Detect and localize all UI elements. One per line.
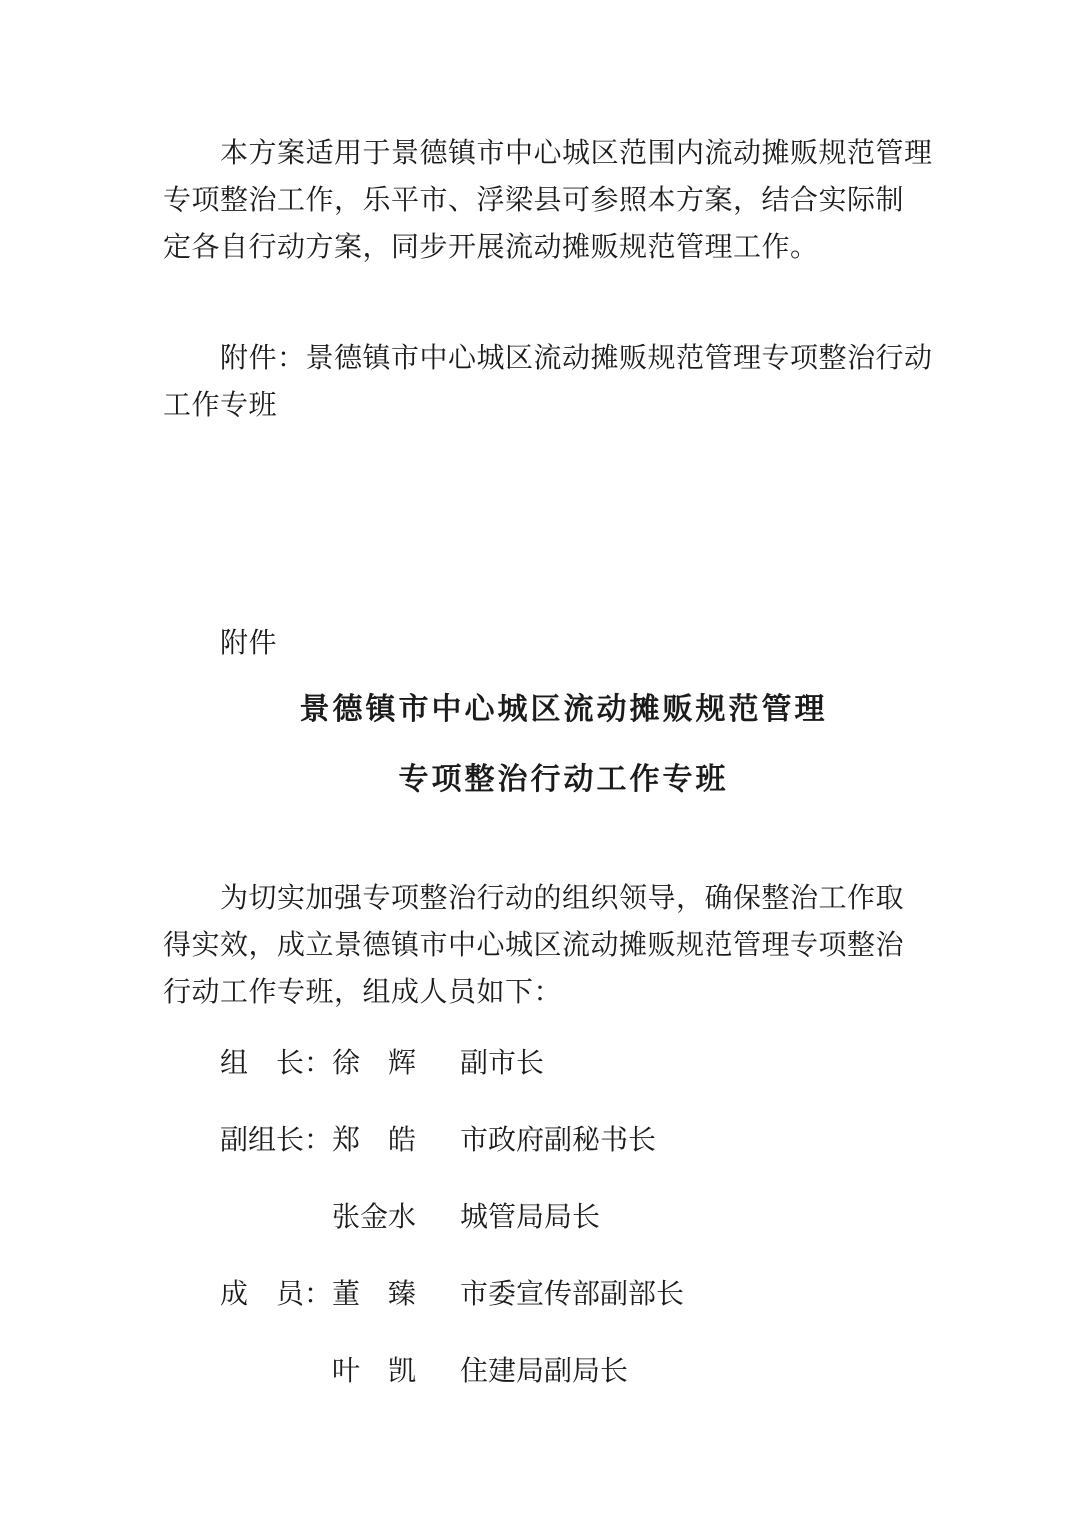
roster-row: 张金水 城管局局长	[220, 1194, 964, 1241]
intro-paragraph: 本方案适用于景德镇市中心城区范围内流动摊贩规范管理 专项整治工作，乐平市、浮梁县…	[163, 130, 964, 271]
document-page: 本方案适用于景德镇市中心城区范围内流动摊贩规范管理 专项整治工作，乐平市、浮梁县…	[0, 0, 1074, 1520]
roster-role: 市委宣传部副部长	[460, 1271, 684, 1318]
roster-label	[220, 1194, 332, 1241]
roster-role: 市政府副秘书长	[460, 1117, 656, 1164]
roster-name: 张金水	[332, 1194, 460, 1241]
setup-paragraph: 为切实加强专项整治行动的组织领导，确保整治工作取 得实效，成立景德镇市中心城区流…	[163, 875, 964, 1016]
roster-name: 郑 皓	[332, 1117, 460, 1164]
roster-name: 叶 凯	[332, 1348, 460, 1395]
document-title-line-1: 景德镇市中心城区流动摊贩规范管理	[163, 685, 964, 735]
document-content: 本方案适用于景德镇市中心城区范围内流动摊贩规范管理 专项整治工作，乐平市、浮梁县…	[0, 0, 1074, 1395]
attachment-reference-line: 工作专班	[163, 382, 964, 429]
intro-paragraph-line: 定各自行动方案，同步开展流动摊贩规范管理工作。	[163, 224, 964, 271]
roster-list: 组 长： 徐 辉 副市长 副组长： 郑 皓 市政府副秘书长 张金水 城管局局长 …	[163, 1040, 964, 1395]
roster-role: 副市长	[460, 1040, 544, 1087]
setup-paragraph-line: 行动工作专班，组成人员如下：	[163, 969, 964, 1016]
setup-paragraph-line: 得实效，成立景德镇市中心城区流动摊贩规范管理专项整治	[163, 922, 964, 969]
intro-paragraph-line: 本方案适用于景德镇市中心城区范围内流动摊贩规范管理	[163, 130, 964, 177]
document-title-line-2: 专项整治行动工作专班	[163, 755, 964, 805]
attachment-label: 附件	[163, 620, 964, 667]
roster-label: 成 员：	[220, 1271, 332, 1318]
roster-role: 城管局局长	[460, 1194, 600, 1241]
roster-role: 住建局副局长	[460, 1348, 628, 1395]
roster-row: 叶 凯 住建局副局长	[220, 1348, 964, 1395]
roster-label: 组 长：	[220, 1040, 332, 1087]
roster-label: 副组长：	[220, 1117, 332, 1164]
roster-row: 副组长： 郑 皓 市政府副秘书长	[220, 1117, 964, 1164]
roster-label	[220, 1348, 332, 1395]
roster-name: 董 臻	[332, 1271, 460, 1318]
roster-row: 成 员： 董 臻 市委宣传部副部长	[220, 1271, 964, 1318]
intro-paragraph-line: 专项整治工作，乐平市、浮梁县可参照本方案，结合实际制	[163, 177, 964, 224]
setup-paragraph-line: 为切实加强专项整治行动的组织领导，确保整治工作取	[163, 875, 964, 922]
attachment-label-text: 附件	[163, 620, 964, 667]
roster-name: 徐 辉	[332, 1040, 460, 1087]
roster-row: 组 长： 徐 辉 副市长	[220, 1040, 964, 1087]
attachment-reference-line: 附件：景德镇市中心城区流动摊贩规范管理专项整治行动	[163, 335, 964, 382]
attachment-reference: 附件：景德镇市中心城区流动摊贩规范管理专项整治行动 工作专班	[163, 335, 964, 429]
